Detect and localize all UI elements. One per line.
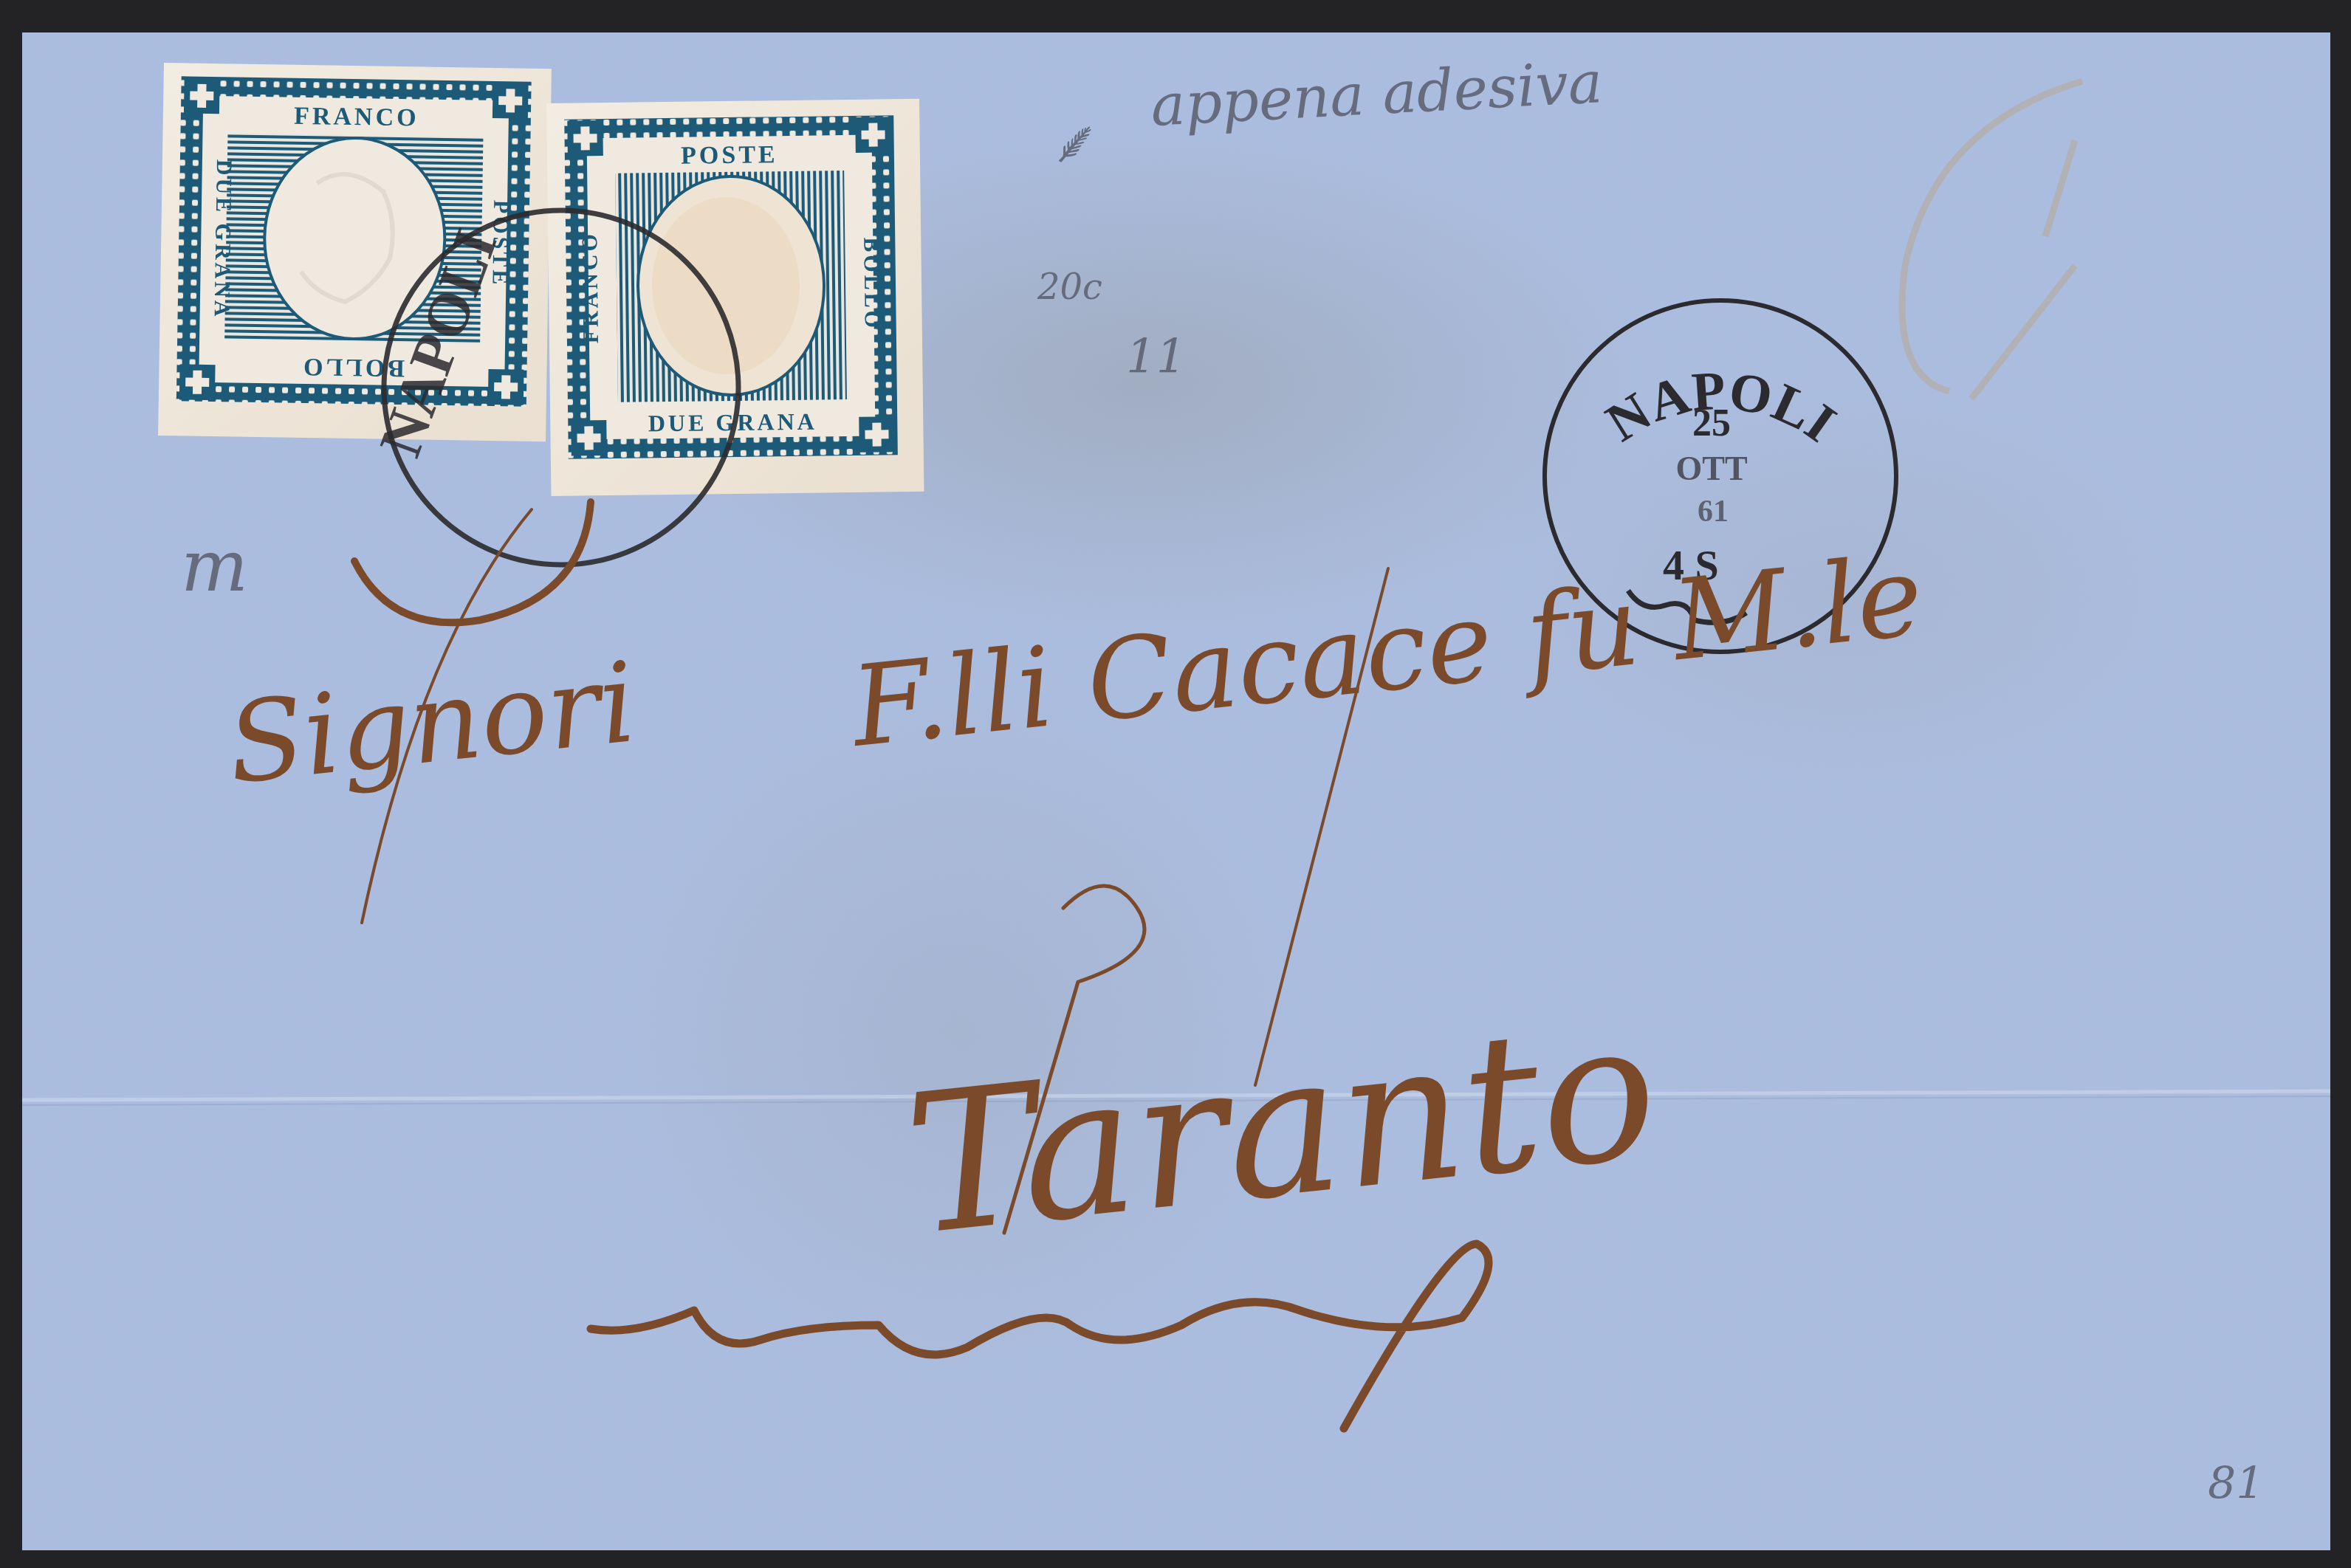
- cover-photograph: FRANCO DUE GRANA POSTE BOLLO POSTE FRANC…: [0, 0, 2351, 1568]
- postmark-day: 25: [1692, 402, 1731, 444]
- pencil-note-value: 20c: [1037, 267, 1102, 308]
- pencil-note-number: 11: [1126, 330, 1186, 385]
- stamp-right-right-label: BOLLO: [859, 237, 885, 331]
- postmark-year: 61: [1698, 495, 1729, 529]
- svg-text:⸙: ⸙: [1048, 108, 1093, 176]
- postmark-month: OTT: [1675, 450, 1747, 487]
- stamp-right-top-label: POSTE: [681, 141, 778, 170]
- pencil-note-bottom-right: 81: [2208, 1458, 2264, 1510]
- stamp-right-left-label: FRANCO: [577, 231, 603, 344]
- stamp-right: POSTE FRANCO BOLLO DUE GRANA: [546, 99, 924, 496]
- stamp-left-left-label: DUE GRANA: [210, 159, 236, 320]
- stamp-left-top-label: FRANCO: [294, 103, 419, 132]
- pencil-note-initial: m: [181, 525, 248, 608]
